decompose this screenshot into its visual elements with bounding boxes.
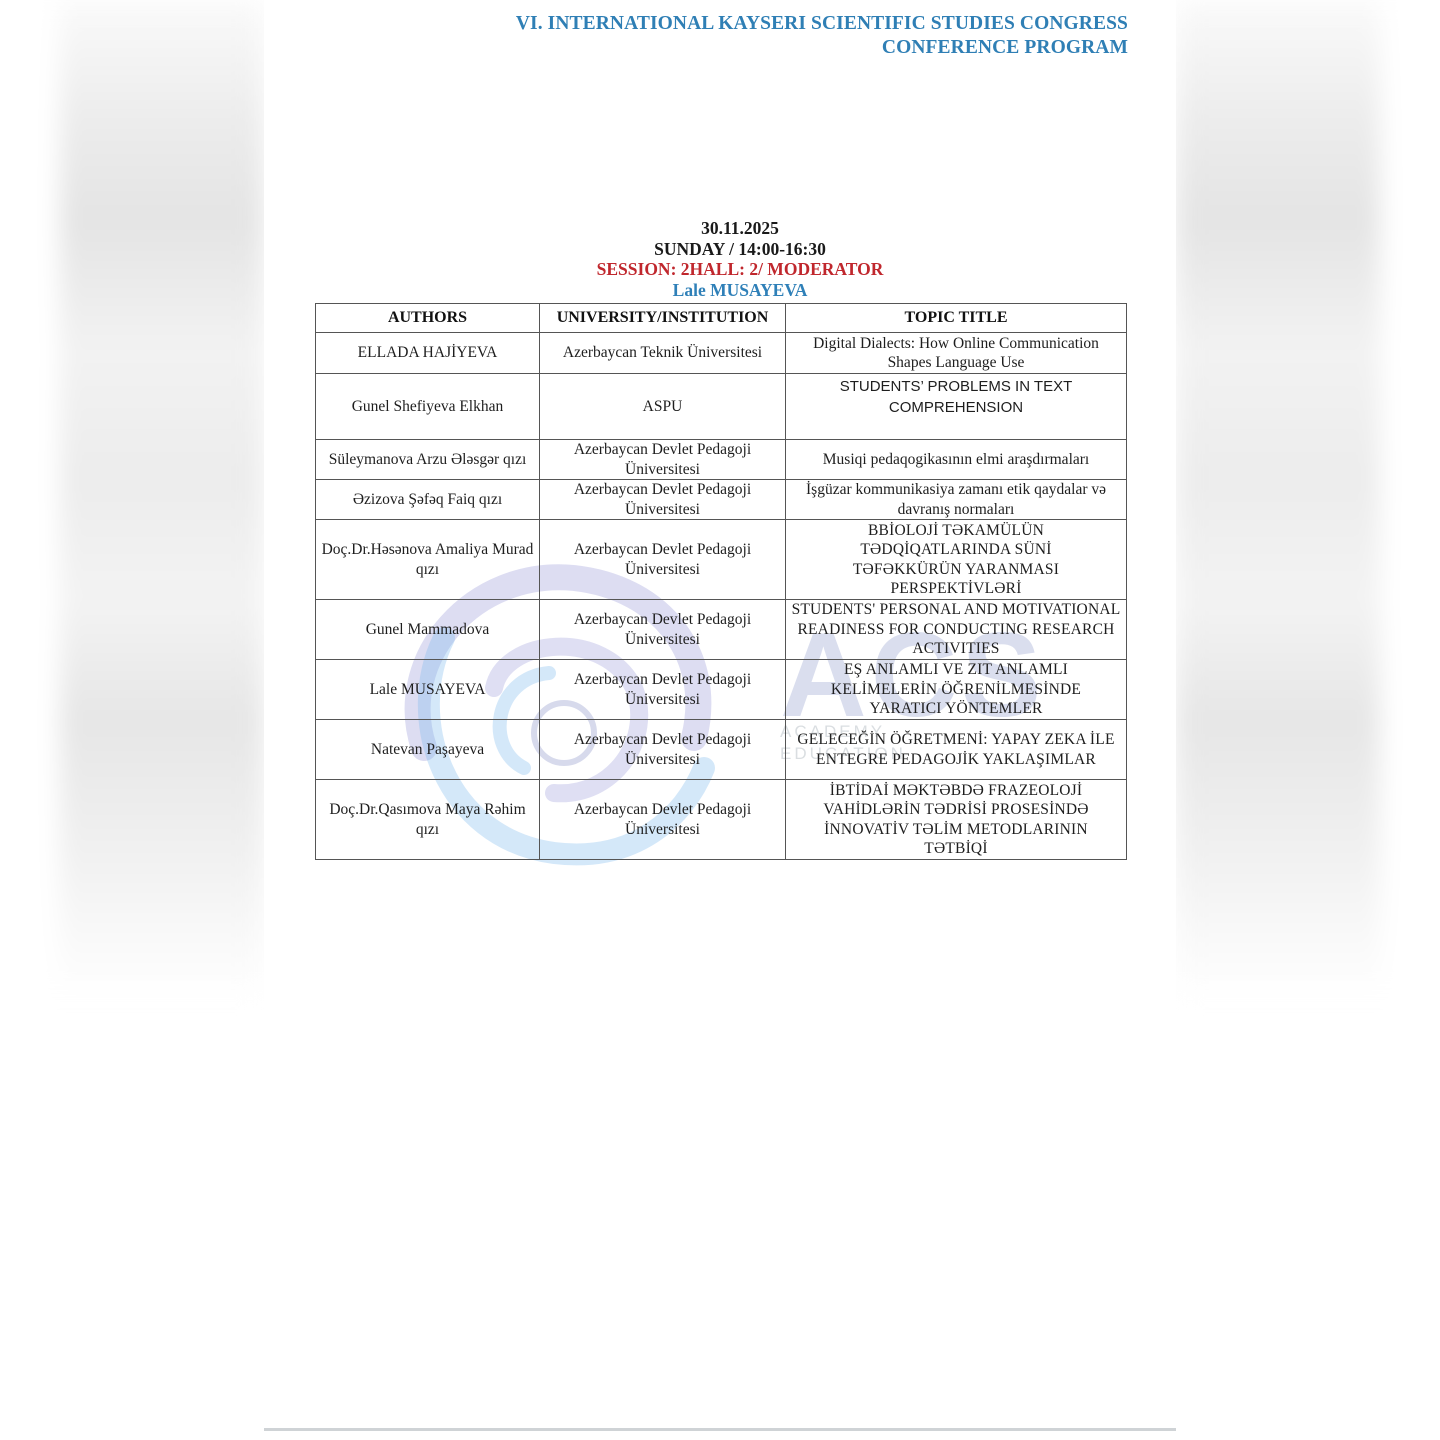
institution-cell: Azerbaycan Devlet Pedagoji Üniversitesi (540, 520, 786, 600)
program-title: CONFERENCE PROGRAM (516, 36, 1128, 60)
blurred-background-left (0, 0, 264, 1000)
author-cell: Süleymanova Arzu Ələsgər qızı (316, 440, 540, 480)
table-row: Natevan Paşayeva Azerbaycan Devlet Pedag… (316, 720, 1127, 780)
topic-cell: BBİOLOJİ TƏKAMÜLÜN TƏDQİQATLARINDA SÜNİ … (786, 520, 1127, 600)
congress-header: VI. INTERNATIONAL KAYSERI SCIENTIFIC STU… (516, 12, 1128, 60)
institution-cell: Azerbaycan Devlet Pedagoji Üniversitesi (540, 480, 786, 520)
author-cell: Natevan Paşayeva (316, 720, 540, 780)
topic-cell: EŞ ANLAMLI VE ZIT ANLAMLI KELİMELERİN ÖĞ… (786, 660, 1127, 720)
institution-cell: Azerbaycan Devlet Pedagoji Üniversitesi (540, 780, 786, 860)
author-cell: Əzizova Şəfəq Faiq qızı (316, 480, 540, 520)
session-label: SESSION: 2HALL: 2/ MODERATOR (520, 259, 960, 280)
author-cell: Gunel Shefiyeva Elkhan (316, 374, 540, 440)
session-day-time: SUNDAY / 14:00-16:30 (520, 239, 960, 260)
page-bottom-edge (264, 1428, 1176, 1431)
topic-cell: İşgüzar kommunikasiya zamanı etik qaydal… (786, 480, 1127, 520)
column-header-topic: TOPIC TITLE (786, 304, 1127, 333)
topic-cell: STUDENTS' PERSONAL AND MOTIVATIONAL READ… (786, 600, 1127, 660)
author-cell: ELLADA HAJİYEVA (316, 333, 540, 374)
session-moderator: Lale MUSAYEVA (520, 280, 960, 301)
topic-cell: Digital Dialects: How Online Communicati… (786, 333, 1127, 374)
institution-cell: Azerbaycan Teknik Üniversitesi (540, 333, 786, 374)
table-header-row: AUTHORS UNIVERSITY/INSTITUTION TOPIC TIT… (316, 304, 1127, 333)
table-row: Gunel Mammadova Azerbaycan Devlet Pedago… (316, 600, 1127, 660)
topic-cell: Musiqi pedaqogikasının elmi araşdırmalar… (786, 440, 1127, 480)
congress-title: VI. INTERNATIONAL KAYSERI SCIENTIFIC STU… (516, 12, 1128, 36)
institution-cell: Azerbaycan Devlet Pedagoji Üniversitesi (540, 600, 786, 660)
institution-cell: ASPU (540, 374, 786, 440)
table-row: Lale MUSAYEVA Azerbaycan Devlet Pedagoji… (316, 660, 1127, 720)
program-table: AUTHORS UNIVERSITY/INSTITUTION TOPIC TIT… (315, 303, 1127, 860)
institution-cell: Azerbaycan Devlet Pedagoji Üniversitesi (540, 720, 786, 780)
column-header-institution: UNIVERSITY/INSTITUTION (540, 304, 786, 333)
topic-cell: İBTİDAİ MƏKTƏBDƏ FRAZEOLOJİ VAHİDLƏRİN T… (786, 780, 1127, 860)
author-cell: Doç.Dr.Həsənova Amaliya Murad qızı (316, 520, 540, 600)
author-cell: Gunel Mammadova (316, 600, 540, 660)
topic-cell: STUDENTS’ PROBLEMS IN TEXT COMPREHENSION (786, 374, 1127, 440)
table-row: Doç.Dr.Qasımova Maya Rəhim qızı Azerbayc… (316, 780, 1127, 860)
table-row: Gunel Shefiyeva Elkhan ASPU STUDENTS’ PR… (316, 374, 1127, 440)
topic-cell: GELECEĞİN ÖĞRETMENİ: YAPAY ZEKA İLE ENTE… (786, 720, 1127, 780)
column-header-authors: AUTHORS (316, 304, 540, 333)
session-date: 30.11.2025 (520, 218, 960, 239)
table-row: Doç.Dr.Həsənova Amaliya Murad qızı Azerb… (316, 520, 1127, 600)
blurred-background-right (1176, 0, 1440, 1000)
table-row: ELLADA HAJİYEVA Azerbaycan Teknik Üniver… (316, 333, 1127, 374)
table-row: Əzizova Şəfəq Faiq qızı Azerbaycan Devle… (316, 480, 1127, 520)
table-row: Süleymanova Arzu Ələsgər qızı Azerbaycan… (316, 440, 1127, 480)
institution-cell: Azerbaycan Devlet Pedagoji Üniversitesi (540, 660, 786, 720)
author-cell: Lale MUSAYEVA (316, 660, 540, 720)
session-info: 30.11.2025 SUNDAY / 14:00-16:30 SESSION:… (520, 218, 960, 300)
institution-cell: Azerbaycan Devlet Pedagoji Üniversitesi (540, 440, 786, 480)
author-cell: Doç.Dr.Qasımova Maya Rəhim qızı (316, 780, 540, 860)
